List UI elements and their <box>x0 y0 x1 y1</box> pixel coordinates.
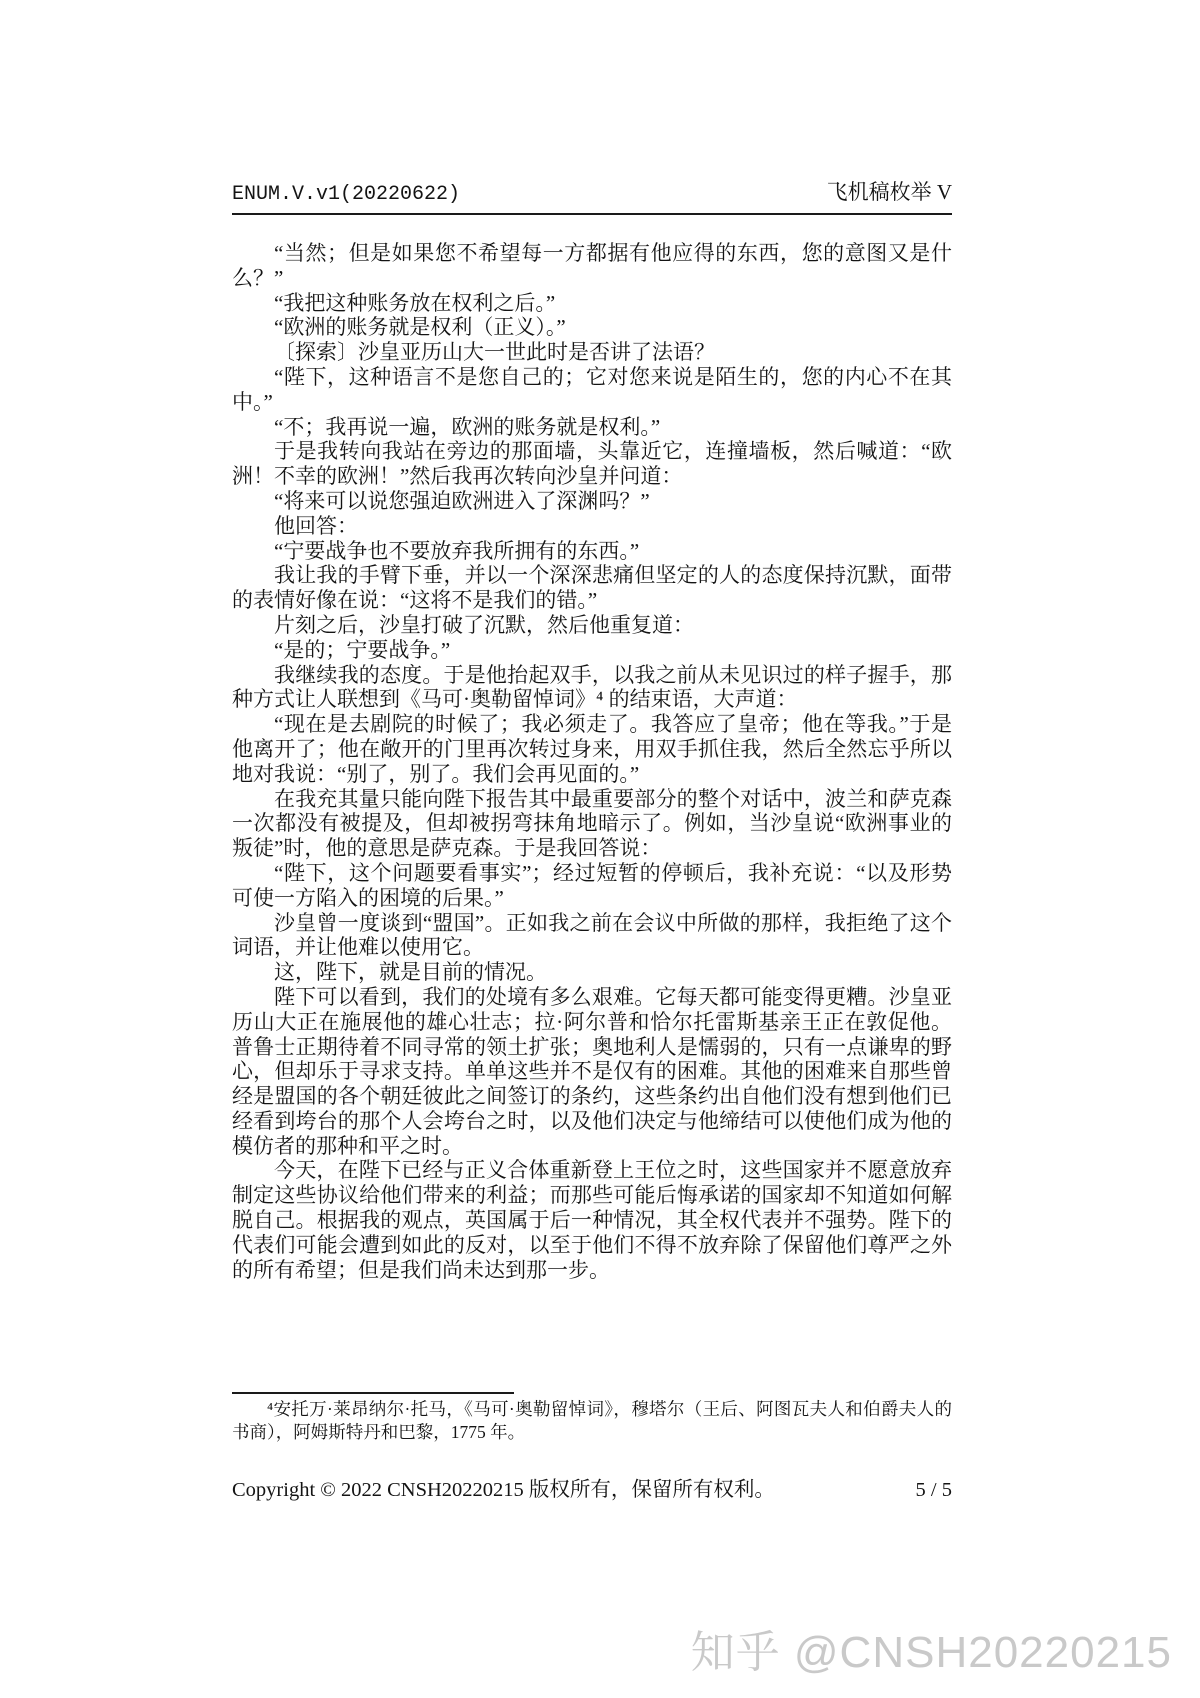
paragraph: 他回答： <box>232 514 952 539</box>
paragraph: “不；我再说一遍，欧洲的账务就是权利。” <box>232 415 952 440</box>
paragraph: “陛下，这种语言不是您自己的；它对您来说是陌生的，您的内心不在其中。” <box>232 365 952 415</box>
footnote-text: ⁴安托万·莱昂纳尔·托马，《马可·奥勒留悼词》，穆塔尔（王后、阿图瓦夫人和伯爵夫… <box>232 1398 952 1444</box>
document-body: “当然；但是如果您不希望每一方都据有他应得的东西，您的意图又是什么？” “我把这… <box>232 241 952 1282</box>
paragraph: 陛下可以看到，我们的处境有多么艰难。它每天都可能变得更糟。沙皇亚历山大正在施展他… <box>232 985 952 1159</box>
paragraph: “是的；宁要战争。” <box>232 638 952 663</box>
page-footer: Copyright © 2022 CNSH20220215 版权所有，保留所有权… <box>232 1472 952 1502</box>
paragraph: 片刻之后，沙皇打破了沉默，然后他重复道： <box>232 613 952 638</box>
header-title: 飞机稿枚举 V <box>827 176 952 206</box>
paragraph: 今天，在陛下已经与正义合体重新登上王位之时，这些国家并不愿意放弃制定这些协议给他… <box>232 1158 952 1282</box>
paragraph: 于是我转向我站在旁边的那面墙，头靠近它，连撞墙板，然后喊道：“欧洲！不幸的欧洲！… <box>232 439 952 489</box>
paragraph: “现在是去剧院的时候了；我必须走了。我答应了皇帝；他在等我。”于是他离开了；他在… <box>232 712 952 786</box>
paragraph: “当然；但是如果您不希望每一方都据有他应得的东西，您的意图又是什么？” <box>232 241 952 291</box>
paragraph: “陛下，这个问题要看事实”；经过短暂的停顿后，我补充说：“以及形势可使一方陷入的… <box>232 861 952 911</box>
page-content: ENUM.V.v1(20220622) 飞机稿枚举 V “当然；但是如果您不希望… <box>232 176 952 1282</box>
paragraph: “将来可以说您强迫欧洲进入了深渊吗？” <box>232 489 952 514</box>
paragraph: 〔探索〕沙皇亚历山大一世此时是否讲了法语？ <box>232 340 952 365</box>
document-page: ENUM.V.v1(20220622) 飞机稿枚举 V “当然；但是如果您不希望… <box>0 0 1200 1698</box>
paragraph: 沙皇曾一度谈到“盟国”。正如我之前在会议中所做的那样，我拒绝了这个词语，并让他难… <box>232 911 952 961</box>
paragraph: “我把这种账务放在权利之后。” <box>232 291 952 316</box>
paragraph: 我让我的手臂下垂，并以一个深深悲痛但坚定的人的态度保持沉默，面带的表情好像在说：… <box>232 563 952 613</box>
paragraph: 这，陛下，就是目前的情况。 <box>232 960 952 985</box>
paragraph: 我继续我的态度。于是他抬起双手，以我之前从未见识过的样子握手，那种方式让人联想到… <box>232 663 952 713</box>
footnote-separator-rule <box>232 1392 514 1394</box>
paragraph: “欧洲的账务就是权利（正义）。” <box>232 315 952 340</box>
footnote-block: ⁴安托万·莱昂纳尔·托马，《马可·奥勒留悼词》，穆塔尔（王后、阿图瓦夫人和伯爵夫… <box>232 1392 952 1444</box>
header-version-label: ENUM.V.v1(20220622) <box>232 183 460 206</box>
paragraph: “宁要战争也不要放弃我所拥有的东西。” <box>232 539 952 564</box>
watermark-text: 知乎 @CNSH20220215 <box>691 1616 1172 1680</box>
page-number: 5 / 5 <box>916 1479 952 1502</box>
copyright-text: Copyright © 2022 CNSH20220215 版权所有，保留所有权… <box>232 1472 775 1502</box>
paragraph: 在我充其量只能向陛下报告其中最重要部分的整个对话中，波兰和萨克森一次都没有被提及… <box>232 787 952 861</box>
page-header: ENUM.V.v1(20220622) 飞机稿枚举 V <box>232 176 952 215</box>
